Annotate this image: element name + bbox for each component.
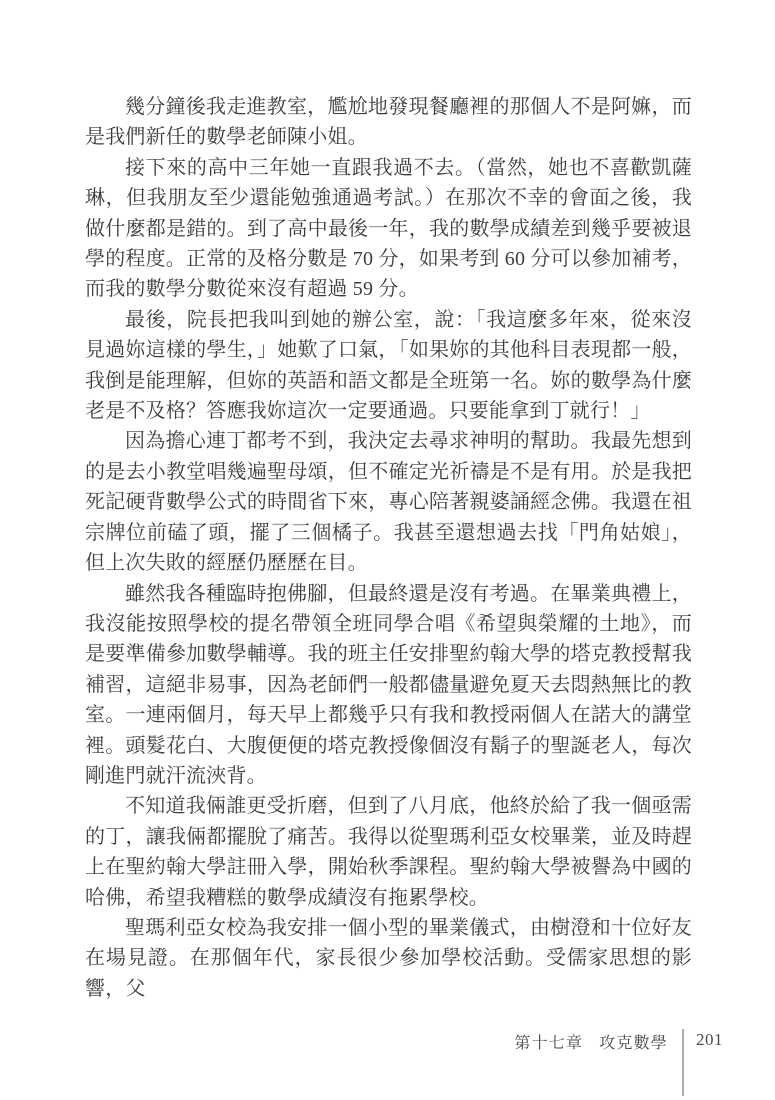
paragraph-5: 雖然我各種臨時抱佛腳，但最終還是沒有考過。在畢業典禮上，我沒能按照學校的提名帶領… (85, 579, 692, 792)
paragraph-6: 不知道我倆誰更受折磨，但到了八月底，他終於給了我一個亟需的丁，讓我倆都擺脫了痛苦… (85, 791, 692, 913)
book-page: 幾分鐘後我走進教室，尷尬地發現餐廳裡的那個人不是阿嫲，而是我們新任的數學老師陳小… (0, 0, 775, 1100)
footer-divider-rule (682, 1029, 684, 1096)
page-number: 201 (696, 1030, 723, 1050)
paragraph-4: 因為擔心連丁都考不到，我決定去尋求神明的幫助。我最先想到的是去小教堂唱幾遍聖母頌… (85, 426, 692, 578)
running-footer-chapter: 第十七章攻克數學 (514, 1030, 668, 1053)
page-body-text: 幾分鐘後我走進教室，尷尬地發現餐廳裡的那個人不是阿嫲，而是我們新任的數學老師陳小… (85, 92, 692, 1004)
paragraph-1: 幾分鐘後我走進教室，尷尬地發現餐廳裡的那個人不是阿嫲，而是我們新任的數學老師陳小… (85, 92, 692, 153)
paragraph-2: 接下來的高中三年她一直跟我過不去。（當然，她也不喜歡凱薩琳，但我朋友至少還能勉強… (85, 153, 692, 305)
paragraph-7: 聖瑪利亞女校為我安排一個小型的畢業儀式，由樹澄和十位好友在場見證。在那個年代，家… (85, 913, 692, 1004)
chapter-number-label: 第十七章 (514, 1035, 583, 1052)
chapter-title-label: 攻克數學 (599, 1035, 668, 1052)
paragraph-3: 最後，院長把我叫到她的辦公室，說：「我這麼多年來，從來沒見過妳這樣的學生，」她歎… (85, 305, 692, 427)
